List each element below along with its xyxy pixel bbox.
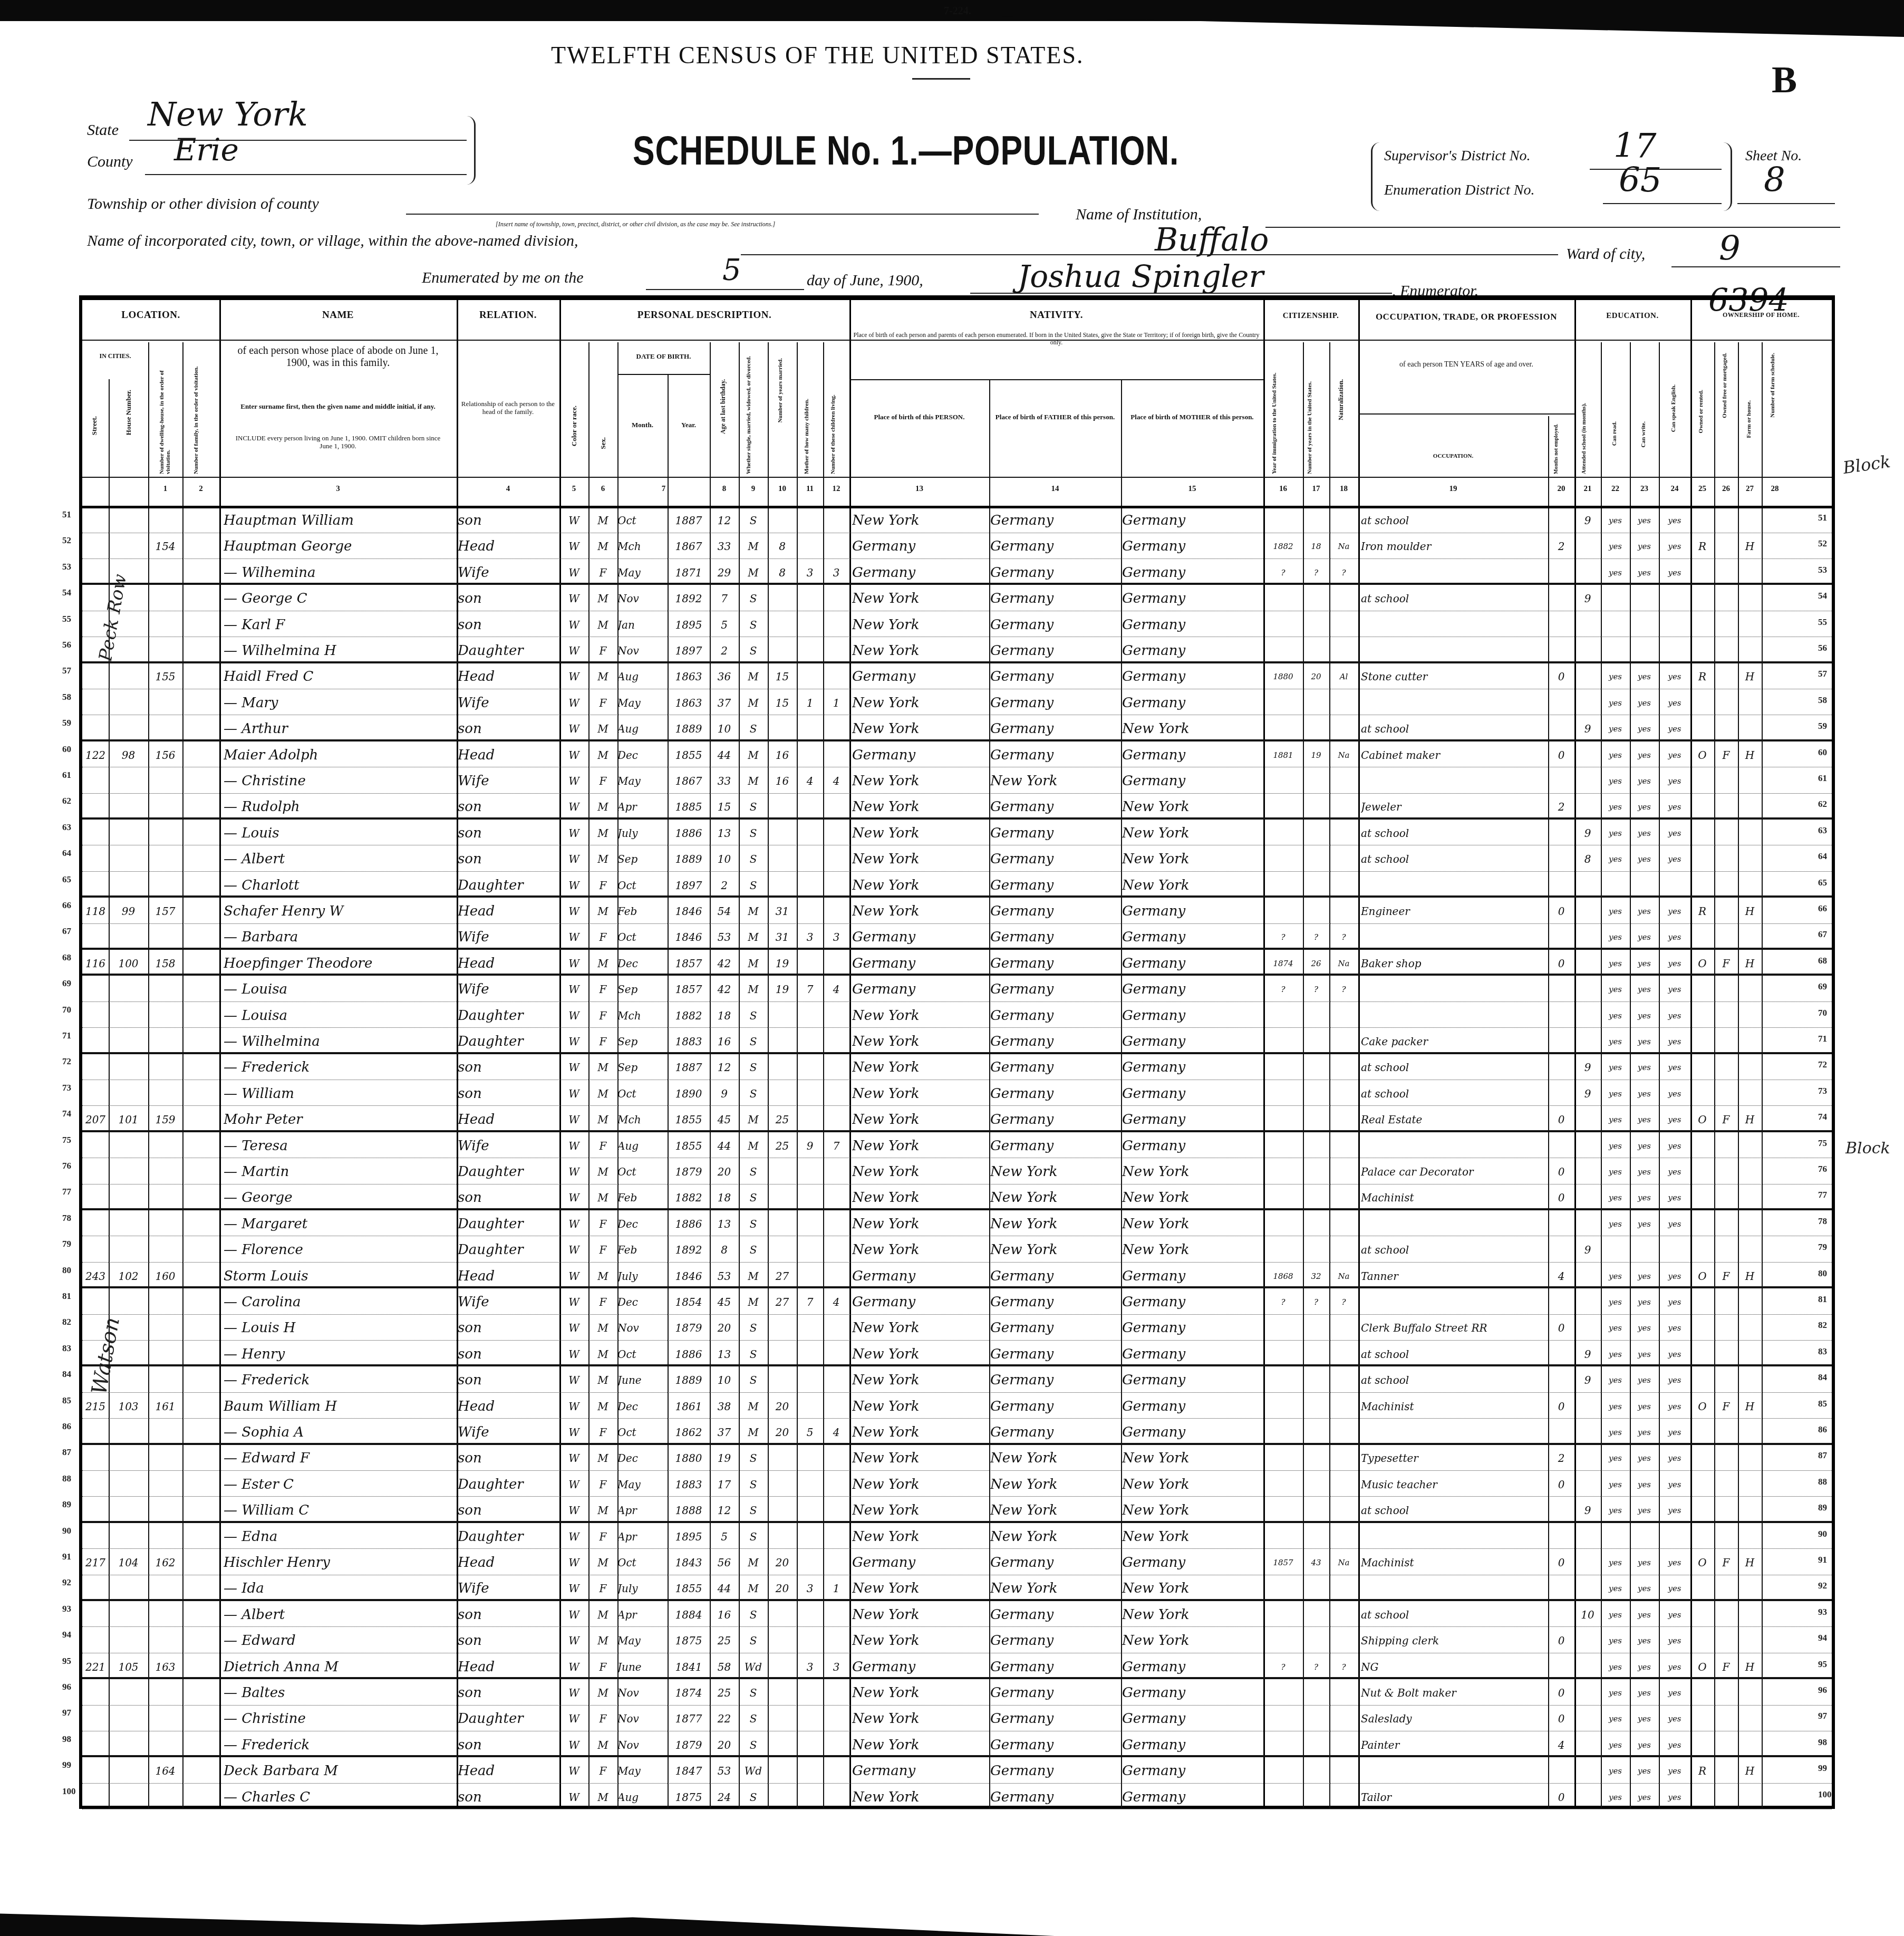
cell-marital: S [739,1161,768,1182]
line-number-left: 100 [62,1786,76,1797]
cell-years-us [1303,901,1329,922]
cell-school [1574,770,1601,792]
cell-house [109,1005,148,1026]
cell-month: Nov [617,1317,668,1338]
cell-sex: M [588,1735,617,1756]
cell-color: W [559,718,588,739]
cell-year: 1879 [668,1735,710,1756]
cell-unemp: 0 [1548,1787,1574,1808]
cell-sched [1762,1448,1788,1469]
cell-write: yes [1630,979,1659,1000]
cell-sex: M [588,1187,617,1208]
cell-street [82,1787,109,1808]
cell-free [1714,1526,1738,1547]
cell-sched [1762,770,1788,792]
cell-nat [1329,1708,1358,1729]
cell-read: yes [1601,1317,1630,1338]
cell-year: 1892 [668,588,710,609]
cell-read: yes [1601,1213,1630,1235]
cell-age: 24 [710,1787,739,1808]
cell-free [1714,510,1738,531]
cell-owned [1690,1604,1714,1625]
cell-immig [1263,1500,1303,1521]
cell-color: W [559,1031,588,1052]
cell-sex: M [588,1057,617,1078]
cell-color: W [559,927,588,948]
line-number-left: 62 [62,796,71,806]
cell-nat [1329,823,1358,844]
cell-bp-person: Germany [852,927,989,948]
header-relation: RELATION. [457,310,559,321]
cell-dwelling [148,614,182,635]
cell-bp-father: Germany [990,1396,1121,1417]
cell-farm [1738,1370,1762,1391]
cell-marital: S [739,1057,768,1078]
cell-read: yes [1601,953,1630,974]
cell-living [823,1031,849,1052]
cell-bp-father: Germany [990,536,1121,557]
cell-occupation [1361,1292,1548,1313]
cell-english: yes [1659,1682,1690,1703]
cell-years-us: ? [1303,927,1329,948]
cell-sex: F [588,1292,617,1313]
cell-family [182,979,219,1000]
cell-name: — George [224,1187,456,1208]
cell-relation: Daughter [458,640,558,661]
cell-color: W [559,1396,588,1417]
cell-mother-of [797,1031,823,1052]
cell-bp-father: Germany [990,849,1121,870]
cell-sex: M [588,1344,617,1365]
cell-year: 1890 [668,1083,710,1104]
cell-free [1714,901,1738,922]
cell-family [182,796,219,817]
cell-read: yes [1601,901,1630,922]
cell-immig [1263,823,1303,844]
header-education: EDUCATION. [1574,312,1690,321]
cell-owned [1690,1474,1714,1495]
cell-sched [1762,1213,1788,1235]
cell-years-married [768,796,797,817]
colnum-26: 26 [1714,485,1738,494]
table-row: — ChristineWifeWFMay186733M1644New YorkN… [82,767,1832,794]
cell-month: July [617,1266,668,1287]
cell-write: yes [1630,849,1659,870]
cell-bp-mother: Germany [1122,562,1263,583]
cell-marital: M [739,927,768,948]
line-number-left: 68 [62,952,71,963]
cell-color: W [559,1630,588,1651]
cell-family [182,1526,219,1547]
cell-living [823,718,849,739]
cell-years-married: 31 [768,901,797,922]
cell-owned: R [1690,901,1714,922]
cell-english: yes [1659,536,1690,557]
cell-english: yes [1659,1500,1690,1521]
cell-free [1714,1057,1738,1078]
cell-nat [1329,1735,1358,1756]
cell-unemp: 0 [1548,666,1574,687]
cell-unemp [1548,875,1574,896]
cell-owned [1690,1213,1714,1235]
cell-free [1714,1578,1738,1599]
cell-marital: M [739,666,768,687]
cell-free: F [1714,745,1738,766]
census-title: TWELFTH CENSUS OF THE UNITED STATES. [551,41,1084,69]
cell-write: yes [1630,1396,1659,1417]
cell-unemp: 0 [1548,1474,1574,1495]
cell-owned [1690,1344,1714,1365]
cell-farm: H [1738,1109,1762,1130]
line-number-right: 76 [1818,1164,1827,1174]
cell-living [823,536,849,557]
cell-english: yes [1659,823,1690,844]
cell-nat [1329,614,1358,635]
cell-farm [1738,1317,1762,1338]
cell-living [823,1370,849,1391]
cell-farm [1738,1344,1762,1365]
cell-house: 101 [109,1109,148,1130]
cell-name: — Albert [224,1604,456,1625]
cell-house [109,1630,148,1651]
cell-bp-father: New York [990,1161,1121,1182]
cell-year: 1883 [668,1474,710,1495]
cell-owned: R [1690,536,1714,557]
cell-years-us [1303,510,1329,531]
cell-name: — Louisa [224,979,456,1000]
cell-owned [1690,927,1714,948]
cell-nat [1329,1422,1358,1443]
line-number-right: 52 [1818,538,1827,549]
table-row: 221105163Dietrich Anna MHeadWFJune184158… [82,1653,1832,1680]
cell-family [182,1448,219,1469]
cell-family [182,640,219,661]
cell-relation: son [458,1370,558,1391]
cell-owned [1690,1370,1714,1391]
population-table: LOCATION. IN CITIES. NAME of each person… [79,295,1835,1809]
cell-house: 100 [109,953,148,974]
cell-owned [1690,588,1714,609]
cell-nat: Al [1329,666,1358,687]
cell-read: yes [1601,1344,1630,1365]
cell-bp-person: New York [852,1526,989,1547]
cell-name: — Frederick [224,1057,456,1078]
cell-farm: H [1738,666,1762,687]
cell-occupation: Baker shop [1361,953,1548,974]
cell-nat [1329,1787,1358,1808]
cell-dwelling [148,640,182,661]
cell-immig [1263,1604,1303,1625]
cell-owned [1690,1292,1714,1313]
cell-years-married [768,1031,797,1052]
cell-free [1714,640,1738,661]
cell-free [1714,1161,1738,1182]
cell-write: yes [1630,1422,1659,1443]
cell-english: yes [1659,1630,1690,1651]
cell-english: yes [1659,1552,1690,1573]
colnum-13: 13 [849,485,989,494]
cell-years-married: 20 [768,1578,797,1599]
cell-unemp [1548,823,1574,844]
cell-dwelling: 164 [148,1760,182,1781]
cell-sex: F [588,927,617,948]
cell-month: June [617,1656,668,1678]
cell-color: W [559,1526,588,1547]
cell-bp-mother: Germany [1122,770,1263,792]
table-row: — WilliamsonWMOct18909SNew YorkGermanyGe… [82,1080,1832,1106]
cell-bp-mother: Germany [1122,1682,1263,1703]
cell-color: W [559,1317,588,1338]
cell-relation: Daughter [458,875,558,896]
line-number-right: 56 [1818,643,1827,653]
cell-bp-mother: Germany [1122,1787,1263,1808]
cell-read: yes [1601,1474,1630,1495]
cell-english: yes [1659,1031,1690,1052]
cell-farm [1738,1604,1762,1625]
cell-bp-person: Germany [852,666,989,687]
cell-color: W [559,1083,588,1104]
cell-street: 207 [82,1109,109,1130]
cell-nat [1329,1161,1358,1182]
cell-occupation: at school [1361,510,1548,531]
cell-dwelling [148,875,182,896]
cell-unemp [1548,510,1574,531]
cell-school: 9 [1574,1239,1601,1260]
cell-sched [1762,1239,1788,1260]
colnum-27: 27 [1738,485,1762,494]
cell-read: yes [1601,1448,1630,1469]
cell-owned [1690,1187,1714,1208]
cell-nat [1329,796,1358,817]
cell-mother-of [797,1604,823,1625]
cell-dwelling [148,1135,182,1157]
cell-street: 221 [82,1656,109,1678]
cell-nat [1329,1005,1358,1026]
cell-owned: O [1690,1109,1714,1130]
cell-immig: 1868 [1263,1266,1303,1287]
cell-immig [1263,692,1303,714]
cell-school [1574,1317,1601,1338]
cell-bp-father: Germany [990,745,1121,766]
cell-year: 1847 [668,1760,710,1781]
cell-street [82,1135,109,1157]
cell-farm [1738,770,1762,792]
cell-free [1714,1735,1738,1756]
cell-years-married [768,1187,797,1208]
cell-bp-person: Germany [852,745,989,766]
cell-age: 53 [710,927,739,948]
cell-bp-person: New York [852,1031,989,1052]
cell-relation: Head [458,1396,558,1417]
cell-sched [1762,666,1788,687]
header-nativity: NATIVITY. [849,310,1263,321]
cell-owned [1690,1708,1714,1729]
cell-write: yes [1630,927,1659,948]
cell-name: — Teresa [224,1135,456,1157]
cell-english: yes [1659,1370,1690,1391]
cell-dwelling: 157 [148,901,182,922]
cell-nat: ? [1329,1656,1358,1678]
cell-owned [1690,823,1714,844]
cell-dwelling [148,1031,182,1052]
cell-read: yes [1601,536,1630,557]
cell-color: W [559,745,588,766]
header-occupation-desc: of each person TEN YEARS of age and over… [1364,361,1569,369]
cell-occupation [1361,1760,1548,1781]
cell-years-married [768,640,797,661]
cell-unemp [1548,614,1574,635]
table-row: 155Haidl Fred CHeadWMAug186336M15Germany… [82,663,1832,689]
cell-sched [1762,1500,1788,1521]
cell-family [182,1344,219,1365]
header-citizenship: CITIZENSHIP. [1263,312,1358,321]
cell-immig [1263,1239,1303,1260]
cell-years-us [1303,1317,1329,1338]
cell-sex: F [588,1526,617,1547]
line-number-left: 87 [62,1447,71,1458]
line-number-left: 98 [62,1734,71,1745]
cell-farm [1738,1005,1762,1026]
cell-nat [1329,1448,1358,1469]
cell-years-us [1303,849,1329,870]
cell-relation: Wife [458,692,558,714]
cell-color: W [559,849,588,870]
cell-nat [1329,1370,1358,1391]
cell-write: yes [1630,823,1659,844]
cell-bp-person: New York [852,1474,989,1495]
cell-owned [1690,1787,1714,1808]
cell-living: 3 [823,927,849,948]
cell-school: 9 [1574,1370,1601,1391]
cell-month: Apr [617,1604,668,1625]
header-years-us: Number of years in the United States. [1307,348,1313,474]
table-row: — Charles CsonWMAug187524SNew YorkGerman… [82,1784,1832,1810]
cell-years-married [768,510,797,531]
cell-color: W [559,770,588,792]
sheet-field-line [1737,203,1835,204]
cell-street [82,1682,109,1703]
cell-immig [1263,1526,1303,1547]
cell-farm: H [1738,1656,1762,1678]
cell-dwelling: 162 [148,1552,182,1573]
cell-occupation: Stone cutter [1361,666,1548,687]
cell-year: 1861 [668,1396,710,1417]
cell-living [823,901,849,922]
cell-english: yes [1659,1317,1690,1338]
cell-write: yes [1630,1057,1659,1078]
cell-marital: M [739,1578,768,1599]
line-number-left: 70 [62,1005,71,1015]
cell-bp-person: New York [852,796,989,817]
line-number-left: 96 [62,1682,71,1692]
cell-sex: M [588,1109,617,1130]
cell-english: yes [1659,1422,1690,1443]
cell-english: yes [1659,1760,1690,1781]
cell-nat [1329,1317,1358,1338]
cell-bp-person: New York [852,692,989,714]
cell-sex: M [588,901,617,922]
cell-write: yes [1630,1161,1659,1182]
cell-school [1574,640,1601,661]
cell-bp-father: Germany [990,692,1121,714]
township-field-line [406,214,1039,215]
cell-bp-mother: Germany [1122,536,1263,557]
cell-years-married [768,1370,797,1391]
cell-occupation: at school [1361,1344,1548,1365]
cell-month: May [617,692,668,714]
cell-sched [1762,1604,1788,1625]
cell-years-us: 43 [1303,1552,1329,1573]
cell-color: W [559,979,588,1000]
line-number-right: 83 [1818,1346,1827,1357]
ward-value: 9 [1719,229,1741,268]
cell-marital: S [739,1526,768,1547]
cell-sex: M [588,1630,617,1651]
cell-sex: M [588,953,617,974]
cell-bp-father: Germany [990,1057,1121,1078]
cell-school [1574,1787,1601,1808]
table-row: — MargaretDaughterWFDec188613SNew YorkNe… [82,1210,1832,1237]
line-number-right: 72 [1818,1059,1827,1070]
cell-occupation: Machinist [1361,1187,1548,1208]
cell-read [1601,1526,1630,1547]
cell-relation: Head [458,536,558,557]
cell-owned [1690,796,1714,817]
header-family: Number of family, in the order of visita… [193,348,199,474]
cell-dwelling [148,1604,182,1625]
cell-unemp [1548,1760,1574,1781]
cell-write [1630,875,1659,896]
cell-relation: Wife [458,562,558,583]
cell-family [182,588,219,609]
cell-month: Feb [617,1239,668,1260]
cell-read: yes [1601,1630,1630,1651]
cell-year: 1867 [668,770,710,792]
cell-years-us: ? [1303,979,1329,1000]
cell-read: yes [1601,1057,1630,1078]
cell-unemp: 0 [1548,1630,1574,1651]
cell-year: 1886 [668,1344,710,1365]
cell-name: — Christine [224,1708,456,1729]
cell-bp-mother: Germany [1122,1370,1263,1391]
table-row: — EdnaDaughterWFApr18955SNew YorkNew Yor… [82,1523,1832,1549]
cell-sex: M [588,666,617,687]
cell-street [82,1161,109,1182]
cell-nat [1329,1760,1358,1781]
table-row: — Edward FsonWMDec188019SNew YorkNew Yor… [82,1444,1832,1471]
cell-bp-mother: New York [1122,823,1263,844]
cell-name: — Arthur [224,718,456,739]
colnum-25: 25 [1690,485,1714,494]
colnum-19: 19 [1358,485,1548,494]
cell-marital: M [739,901,768,922]
cell-month: Dec [617,953,668,974]
cell-sched [1762,849,1788,870]
cell-living: 3 [823,1656,849,1678]
cell-english [1659,640,1690,661]
cell-bp-mother: New York [1122,1448,1263,1469]
cell-owned [1690,1239,1714,1260]
cell-read: yes [1601,1708,1630,1729]
cell-living: 4 [823,770,849,792]
cell-nat [1329,1396,1358,1417]
cell-sex: M [588,796,617,817]
cell-age: 25 [710,1630,739,1651]
cell-age: 16 [710,1031,739,1052]
cell-free [1714,1031,1738,1052]
cell-read: yes [1601,718,1630,739]
cell-color: W [559,1239,588,1260]
